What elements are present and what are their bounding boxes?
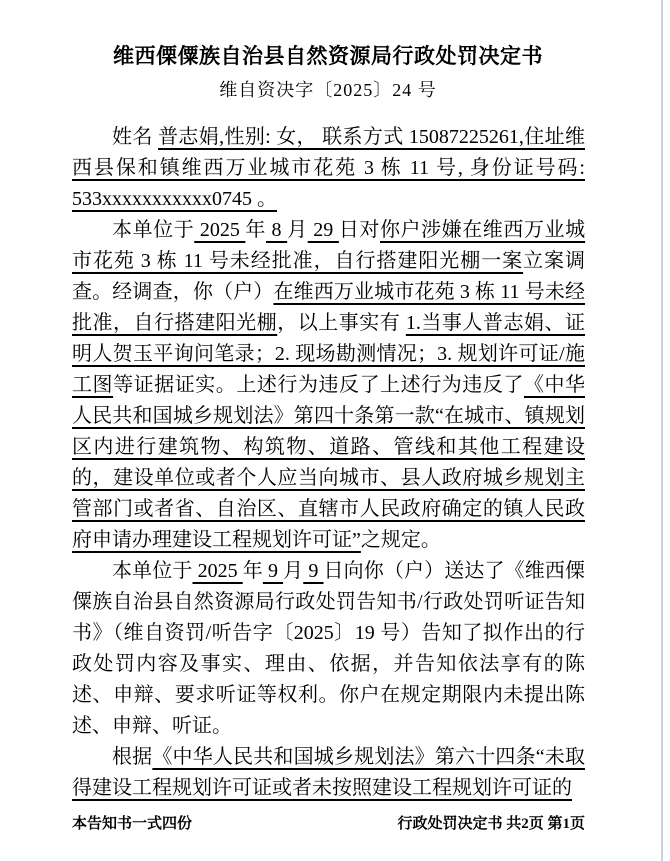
- underlined-text: 9: [263, 560, 283, 582]
- text-segment: 本单位于: [112, 219, 194, 241]
- text-segment: ，以上事实有: [277, 312, 406, 334]
- text-segment: 月: [287, 219, 308, 241]
- document-page: 维西傈僳族自治县自然资源局行政处罚决定书 维自资决字〔2025〕24 号 姓名 …: [0, 0, 670, 861]
- underlined-text: 8: [266, 219, 287, 241]
- underlined-text: 9: [303, 560, 323, 582]
- footer-copies-note: 本告知书一式四份: [72, 814, 192, 834]
- text-segment: 本单位于: [112, 560, 193, 582]
- text-segment: 日对: [339, 219, 380, 241]
- document-body: 姓名 普志娟,性别: 女， 联系方式 15087225261,住址维西县保和镇维…: [72, 122, 585, 804]
- page-footer: 本告知书一式四份 行政处罚决定书 共2页 第1页: [72, 814, 585, 834]
- underlined-text: 2025: [193, 560, 243, 582]
- text-segment: 姓名: [112, 126, 158, 148]
- underlined-text: 《中华人民共和国城乡规划法》第四十条第一款“在城市、镇规划区内进行建筑物、构筑物…: [72, 374, 585, 551]
- document-title: 维西傈僳族自治县自然资源局行政处罚决定书: [72, 40, 584, 70]
- text-segment: 根据: [112, 746, 152, 768]
- text-segment: 年: [243, 560, 263, 582]
- document-number: 维自资决字〔2025〕24 号: [72, 76, 584, 102]
- paragraph: 姓名 普志娟,性别: 女， 联系方式 15087225261,住址维西县保和镇维…: [72, 122, 585, 215]
- paragraph: 根据《中华人民共和国城乡规划法》第六十四条“未取得建设工程规划许可证或者未按照建…: [72, 742, 585, 804]
- paragraph: 本单位于 2025 年 9 月 9 日向你（户）送达了《维西傈僳族自治县自然资源…: [72, 556, 585, 742]
- page-edge-line: [661, 0, 663, 861]
- paragraph: 本单位于 2025 年 8 月 29 日对你户涉嫌在维西万业城市花苑 3 栋 1…: [72, 215, 585, 556]
- text-segment: 之规定。: [361, 529, 441, 551]
- underlined-text: 2025: [194, 219, 245, 241]
- text-segment: 年: [245, 219, 266, 241]
- text-segment: 等证据证实。上述行为违反了上述行为违反了: [113, 374, 524, 396]
- footer-page-indicator: 行政处罚决定书 共2页 第1页: [397, 814, 585, 834]
- text-segment: 月: [283, 560, 303, 582]
- underlined-text: 29: [308, 219, 339, 241]
- text-segment: 日向你（户）送达了《维西傈僳族自治县自然资源局行政处罚告知书/行政处罚听证告知书…: [72, 560, 585, 737]
